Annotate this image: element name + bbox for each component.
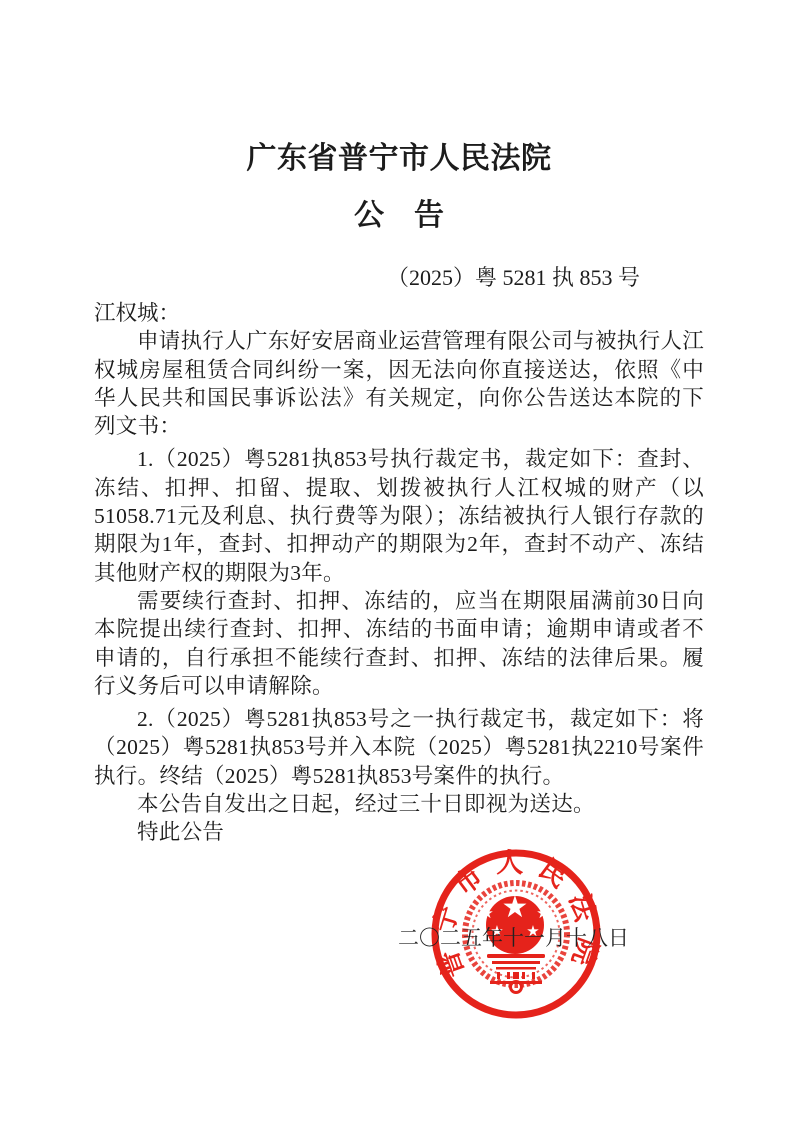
paragraph-service-period: 本公告自发出之日起，经过三十日即视为送达。 bbox=[94, 790, 704, 818]
recipient-line: 江权城： bbox=[94, 299, 704, 327]
court-name-title: 广东省普宁市人民法院 bbox=[94, 141, 704, 177]
paragraph-closing: 特此公告 bbox=[94, 818, 704, 846]
paragraph-intro: 申请执行人广东好安居商业运营管理有限公司与被执行人江权城房屋租赁合同纠纷一案，因… bbox=[94, 327, 704, 440]
emblem-gate bbox=[487, 954, 545, 984]
notice-body: 广东省普宁市人民法院 公 告 （2025）粤 5281 执 853 号 江权城：… bbox=[94, 0, 704, 847]
issue-date: 二〇二五年十一月十八日 bbox=[398, 926, 629, 950]
paragraph-renewal-notice: 需要续行查封、扣押、冻结的，应当在期限届满前30日向本院提出续行查封、扣押、冻结… bbox=[94, 587, 704, 700]
star-icon: ★ bbox=[536, 907, 549, 922]
star-icon: ★ bbox=[480, 907, 493, 922]
star-icon: ★ bbox=[502, 893, 529, 923]
case-number: （2025）粤 5281 执 853 号 bbox=[94, 265, 704, 290]
paragraph-ruling-2: 2.（2025）粤5281执853号之一执行裁定书，裁定如下：将（2025）粤5… bbox=[94, 705, 704, 790]
doc-type-title: 公 告 bbox=[94, 198, 704, 234]
notice-page: 广东省普宁市人民法院 公 告 （2025）粤 5281 执 853 号 江权城：… bbox=[0, 0, 794, 1122]
paragraph-ruling-1: 1.（2025）粤5281执853号执行裁定书，裁定如下：查封、冻结、扣押、扣留… bbox=[94, 445, 704, 586]
